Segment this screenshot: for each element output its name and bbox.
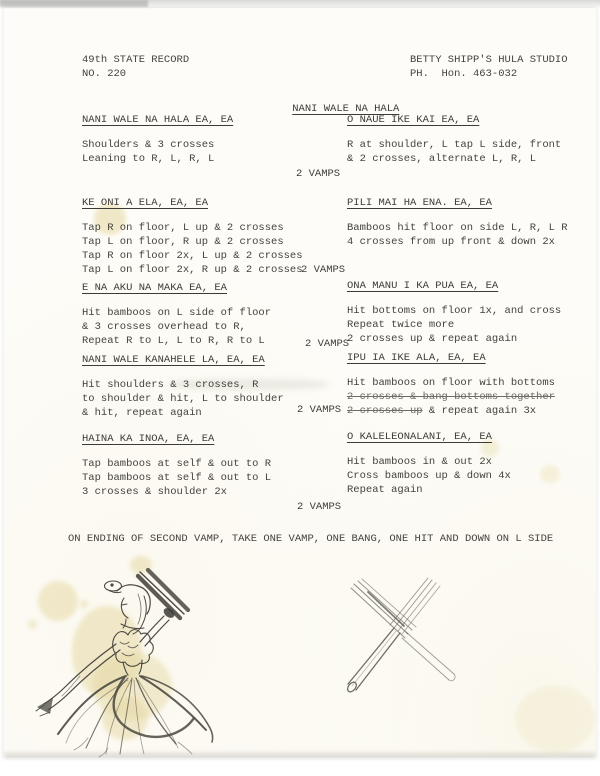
section-o-kaleleonalani: O KALELEONALANI, EA, EA Hit bamboos in &… <box>347 430 511 497</box>
scan-top-edge-shadow <box>0 0 148 7</box>
vamp-marker-5: 2 VAMPS <box>297 501 341 513</box>
instruction-line: Tap bamboos at self & out to L <box>82 471 271 485</box>
instruction-line: Tap R on floor 2x, L up & 2 crosses <box>82 249 303 263</box>
section-heading: NANI WALE NA HALA EA, EA <box>82 113 233 127</box>
section-ke-oni-a-ela: KE ONI A ELA, EA, EA Tap R on floor, L u… <box>82 196 303 277</box>
instruction-line: Tap L on floor 2x, R up & 2 crosses <box>82 263 303 277</box>
section-pili-mai-ha-ena: PILI MAI HA ENA. EA, EA Bamboos hit floo… <box>347 196 568 249</box>
section-e-na-aku-na-maka: E NA AKU NA MAKA EA, EA Hit bamboos on L… <box>82 281 271 348</box>
instruction-line: & 2 crosses, alternate L, R, L <box>347 152 561 166</box>
scanned-document-page: 49th STATE RECORD NO. 220 BETTY SHIPP'S … <box>0 0 600 776</box>
instruction-line: Repeat again <box>347 483 511 497</box>
section-ipu-ia-ike-ala: IPU IA IKE ALA, EA, EA Hit bamboos on fl… <box>347 351 555 418</box>
section-nani-wale-na-hala: NANI WALE NA HALA EA, EA Shoulders & 3 c… <box>82 113 233 166</box>
vamp-marker-4: 2 VAMPS <box>297 404 341 416</box>
instruction-text: & repeat again 3x <box>423 405 536 417</box>
ending-note: ON ENDING OF SECOND VAMP, TAKE ONE VAMP,… <box>68 532 553 546</box>
vamp-marker-1: 2 VAMPS <box>296 168 340 180</box>
instruction-line: R at shoulder, L tap L side, front <box>347 138 561 152</box>
record-label: 49th STATE RECORD <box>82 53 189 67</box>
section-ona-manu-i-ka-pua: ONA MANU I KA PUA EA, EA Hit bottoms on … <box>347 279 561 346</box>
instruction-line: Hit bottoms on floor 1x, and cross <box>347 304 561 318</box>
struck-text: 2 crosses up <box>347 405 423 417</box>
instruction-line: Leaning to R, L, R, L <box>82 152 233 166</box>
section-heading: NANI WALE KANAHELE LA, EA, EA <box>82 353 265 367</box>
small-stain <box>540 465 560 483</box>
section-nani-wale-kanahele: NANI WALE KANAHELE LA, EA, EA Hit should… <box>82 353 284 420</box>
section-heading: E NA AKU NA MAKA EA, EA <box>82 281 227 295</box>
instruction-line: Cross bamboos up & down 4x <box>347 469 511 483</box>
instruction-line-partial-struck: 2 crosses up & repeat again 3x <box>347 404 555 418</box>
section-heading: ONA MANU I KA PUA EA, EA <box>347 279 498 293</box>
section-o-naue-ike-kai: O NAUE IKE KAI EA, EA R at shoulder, L t… <box>347 113 561 166</box>
section-heading: HAINA KA INOA, EA, EA <box>82 432 214 446</box>
struck-text: 2 crosses & bang bottoms together <box>347 391 555 403</box>
section-heading: KE ONI A ELA, EA, EA <box>82 196 208 210</box>
studio-phone: PH. Hon. 463-032 <box>410 67 517 81</box>
instruction-line: Hit bamboos on floor with bottoms <box>347 376 555 390</box>
instruction-line: 4 crosses from up front & down 2x <box>347 235 568 249</box>
vamp-marker-3: 2 VAMPS <box>305 338 349 350</box>
section-heading: O NAUE IKE KAI EA, EA <box>347 113 479 127</box>
instruction-line: Tap L on floor, R up & 2 crosses <box>82 235 303 249</box>
instruction-line: Tap R on floor, L up & 2 crosses <box>82 221 303 235</box>
instruction-line: 2 crosses up & repeat again <box>347 332 561 346</box>
instruction-line: 3 crosses & shoulder 2x <box>82 485 271 499</box>
instruction-line: Hit bamboos in & out 2x <box>347 455 511 469</box>
instruction-line: & 3 crosses overhead to R, <box>82 320 271 334</box>
section-haina-ka-inoa: HAINA KA INOA, EA, EA Tap bamboos at sel… <box>82 432 271 499</box>
crossed-puili-sticks-sketch <box>328 576 478 711</box>
instruction-line: Bamboos hit floor on side L, R, L R <box>347 221 568 235</box>
hula-dancer-sketch <box>28 558 238 758</box>
record-number: NO. 220 <box>82 67 126 81</box>
studio-name: BETTY SHIPP'S HULA STUDIO <box>410 53 568 67</box>
vamp-marker-2: 2 VAMPS <box>301 264 345 276</box>
instruction-line: Hit bamboos on L side of floor <box>82 306 271 320</box>
instruction-line: Repeat twice more <box>347 318 561 332</box>
instruction-line: to shoulder & hit, L to shoulder <box>82 392 284 406</box>
instruction-line: Tap bamboos at self & out to R <box>82 457 271 471</box>
instruction-line: Shoulders & 3 crosses <box>82 138 233 152</box>
instruction-line: Repeat R to L, L to R, R to L <box>82 334 271 348</box>
section-heading: IPU IA IKE ALA, EA, EA <box>347 351 486 365</box>
section-heading: PILI MAI HA ENA. EA, EA <box>347 196 492 210</box>
instruction-line: & hit, repeat again <box>82 406 284 420</box>
faint-corner-stain <box>515 685 595 753</box>
instruction-line: Hit shoulders & 3 crosses, R <box>82 378 284 392</box>
section-heading: O KALELEONALANI, EA, EA <box>347 430 492 444</box>
instruction-line-struck: 2 crosses & bang bottoms together <box>347 390 555 404</box>
